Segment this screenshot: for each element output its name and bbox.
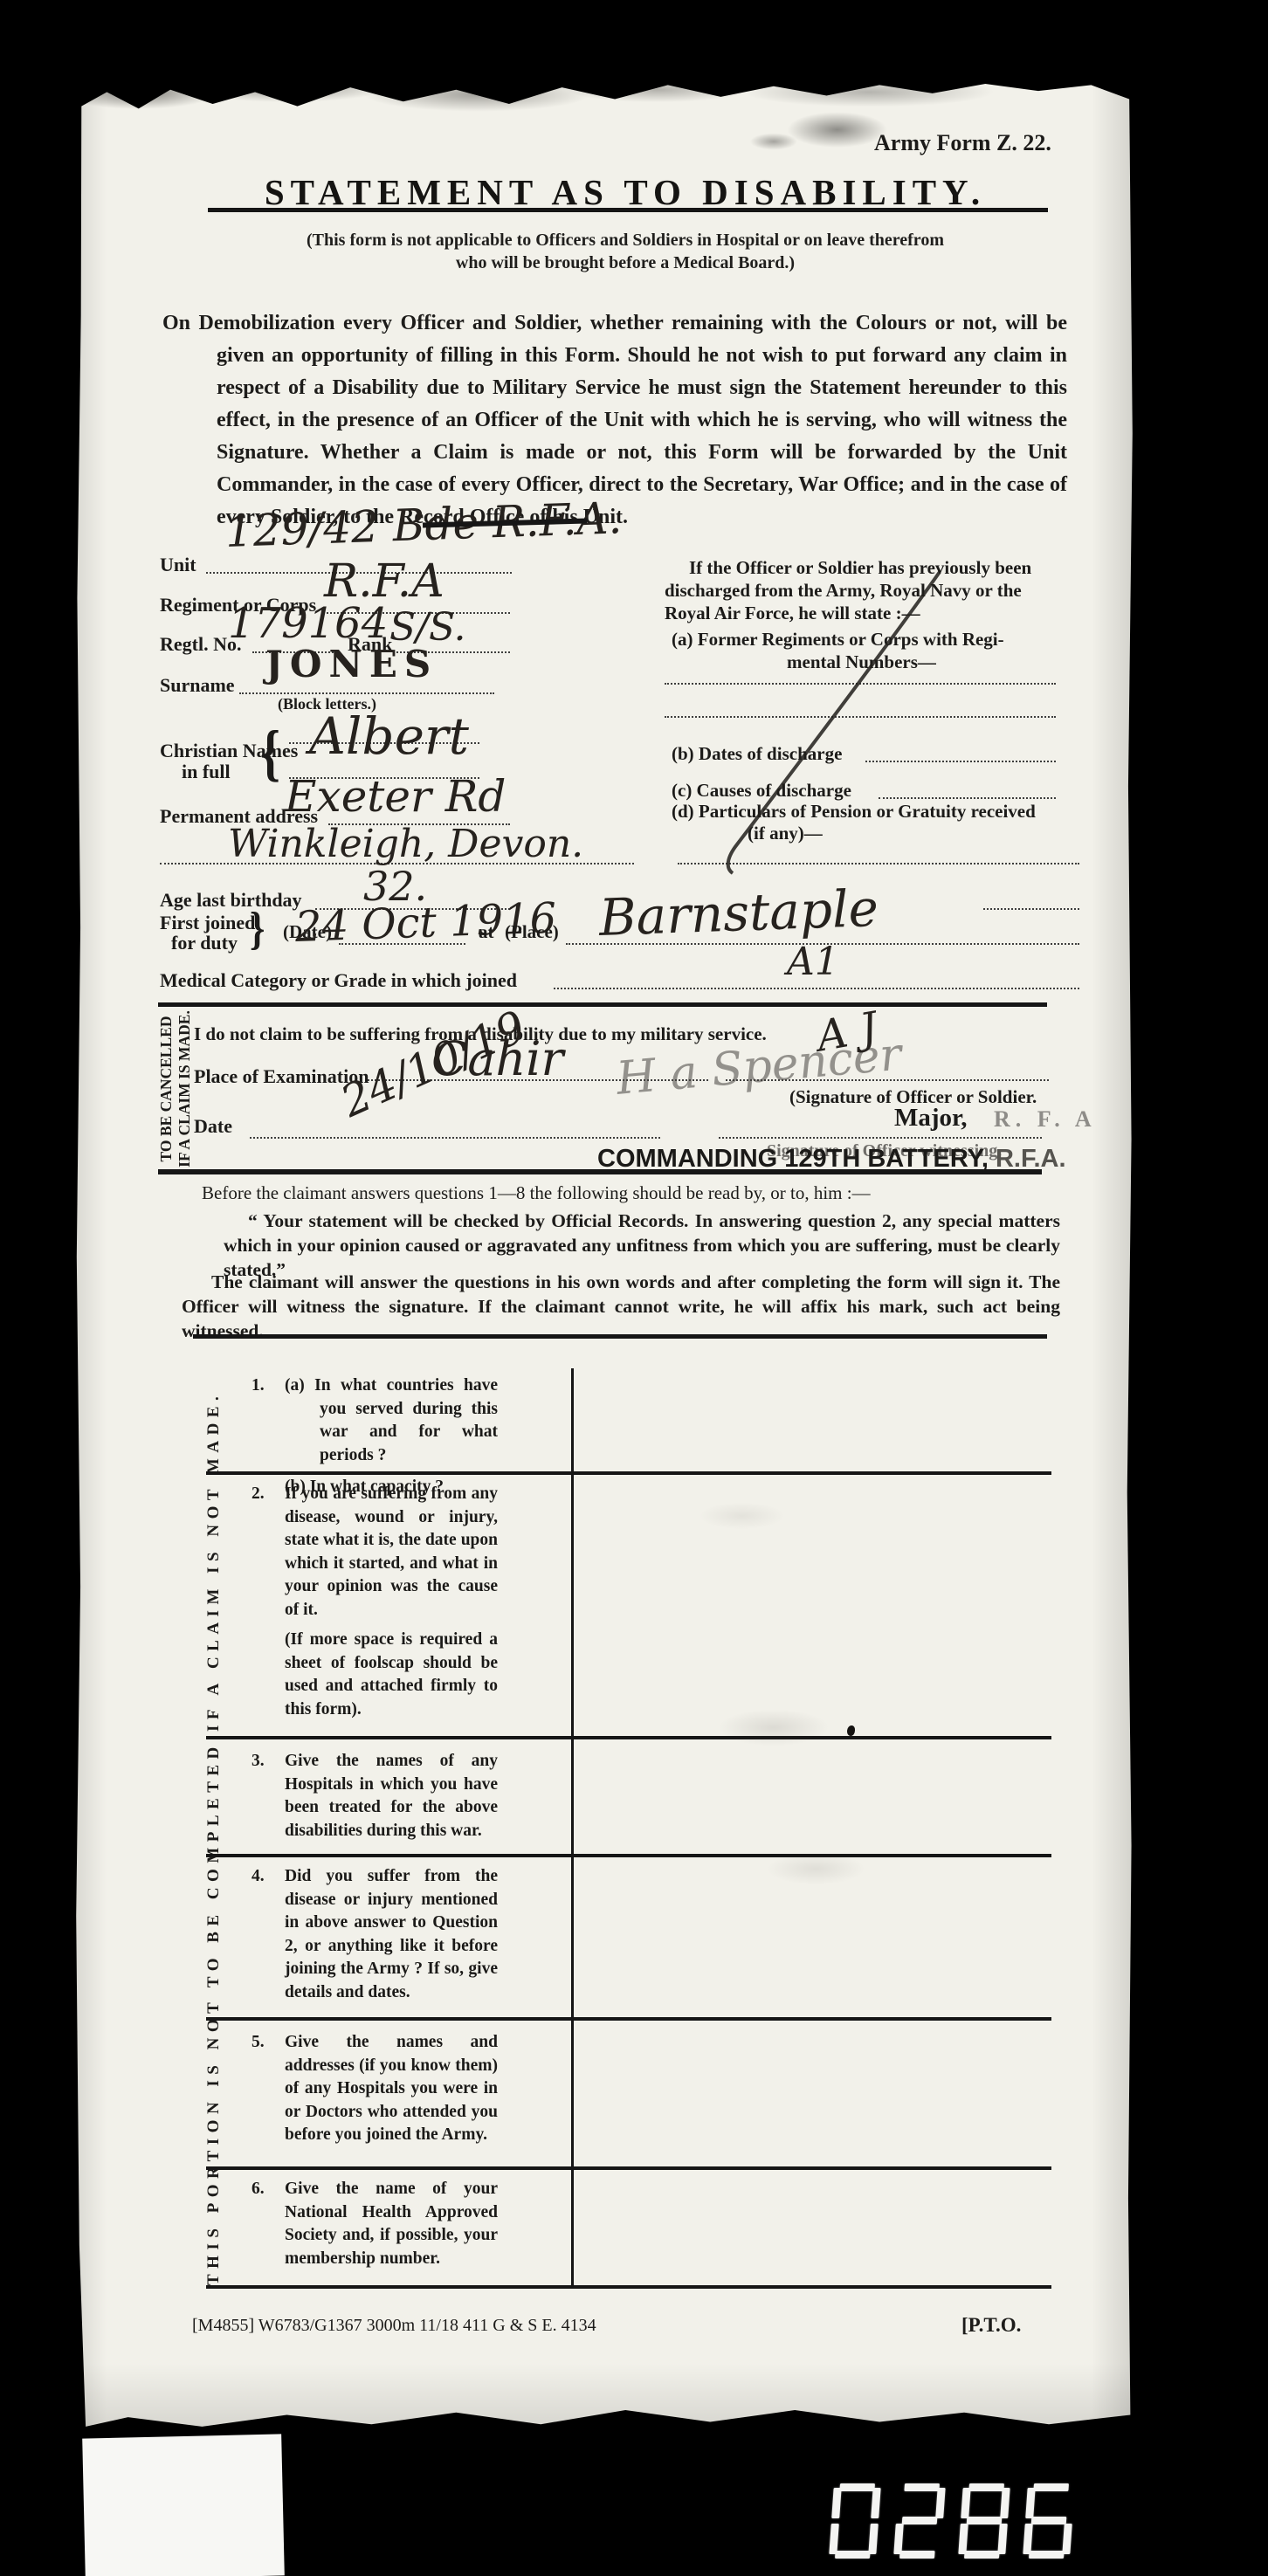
digit-segment [871, 2488, 880, 2518]
form-number: Army Form Z. 22. [874, 130, 1051, 156]
digit-segment [1029, 2551, 1065, 2559]
counter-digit [958, 2483, 1010, 2559]
at-label: at [479, 921, 494, 943]
table-top-rule [193, 1334, 1047, 1339]
digit-segment [868, 2524, 878, 2554]
date-label: Date [194, 1115, 232, 1138]
dotted-line [983, 908, 1079, 910]
side-note-line1: TO BE CANCELLED [157, 1008, 176, 1170]
medical-category-label: Medical Category or Grade in which joine… [160, 969, 517, 992]
surname-label: Surname [160, 674, 235, 697]
first-joined-label2: for duty [171, 932, 238, 954]
answer-column-divider [571, 1368, 574, 2285]
digit-segment [958, 2524, 968, 2554]
question-6-text: Give the name of your National Health Ap… [285, 2178, 498, 2270]
question-6: 6. Give the name of your National Health… [285, 2178, 498, 2270]
table-side-note: THIS PORTION IS NOT TO BE COMPLETED IF A… [204, 1371, 224, 2285]
brace-glyph: } [250, 902, 265, 955]
digit-segment [1031, 2517, 1067, 2524]
christian-names-label2: in full [182, 761, 231, 783]
question-1a: (a) In what countries have you served du… [285, 1374, 498, 1467]
subtitle-line2: who will be brought before a Medical Boa… [145, 253, 1106, 273]
side-note-line2: IF A CLAIM IS MADE. [176, 1008, 194, 1170]
question-2: 2. If you are suffering from any disease… [285, 1483, 498, 1721]
digit-segment [997, 2524, 1007, 2554]
battery-stamp-faint: R.F.A. [989, 1145, 1066, 1173]
question-3-text: Give the names of any Hospitals in which… [285, 1750, 498, 1842]
digit-segment [839, 2483, 875, 2491]
digit-segment [961, 2488, 970, 2518]
digit-segment [967, 2517, 1003, 2524]
read-instruction-line: Before the claimant answers questions 1—… [202, 1182, 871, 1204]
digit-segment [902, 2517, 938, 2524]
question-5: 5. Give the names and addresses (if you … [285, 2031, 498, 2147]
digit-segment [964, 2551, 1000, 2559]
row-divider [206, 1854, 1051, 1857]
surname-value-handwriting: JONES [265, 646, 438, 683]
address-value1-handwriting: Exeter Rd [285, 775, 506, 818]
question-number: 1. [252, 1374, 265, 1398]
ink-blot [847, 1725, 855, 1736]
question-5-text: Give the names and addresses (if you kno… [285, 2031, 498, 2147]
title-underline [208, 208, 1048, 212]
digit-segment [1023, 2524, 1032, 2554]
christian-value-handwriting: Albert [309, 711, 469, 761]
rank-stamp: Major, [894, 1104, 968, 1133]
digit-segment [835, 2551, 871, 2559]
digit-segment [893, 2524, 903, 2554]
digit-segment [829, 2524, 838, 2554]
digit-segment [1000, 2488, 1010, 2518]
question-number: 4. [252, 1865, 265, 1889]
claim-box-side-note: TO BE CANCELLED IF A CLAIM IS MADE. [157, 1008, 194, 1170]
rank-value-handwriting: S/S. [389, 609, 466, 647]
digit-segment [1025, 2488, 1035, 2518]
digit-segment [935, 2488, 945, 2518]
question-number: 5. [252, 2031, 265, 2055]
question-2-text: If you are suffering from any disease, w… [285, 1483, 498, 1622]
medical-value-handwriting: A1 [787, 943, 839, 981]
row-divider [206, 2166, 1051, 2170]
print-code: [M4855] W6783/G1367 3000m 11/18 411 G & … [192, 2316, 596, 2336]
question-4-text: Did you suffer from the disease or injur… [285, 1865, 498, 2004]
pen-slash-mark [702, 556, 964, 888]
address-value2-handwriting: Winkleigh, Devon. [228, 825, 583, 864]
dotted-line [554, 988, 1079, 989]
question-3: 3. Give the names of any Hospitals in wh… [285, 1750, 498, 1842]
battery-stamp: COMMANDING 129TH BATTERY, R.F.A. [597, 1145, 1066, 1174]
claimant-answer-note: The claimant will answer the questions i… [182, 1270, 1060, 1343]
white-card [82, 2434, 285, 2576]
signature-flourish-handwriting: A J [814, 1006, 880, 1057]
regiment-value-handwriting: R.F.A [324, 559, 444, 604]
question-1: 1. (a) In what countries have you served… [285, 1374, 498, 1499]
claim-box-top-rule [158, 1002, 1047, 1007]
counter-digit [893, 2483, 946, 2559]
digit-segment [904, 2483, 940, 2491]
page-title: STATEMENT AS TO DISABILITY. [189, 171, 1062, 213]
scanned-form-page: Army Form Z. 22. STATEMENT AS TO DISABIL… [75, 80, 1134, 2434]
joined-place-handwriting: Barnstaple [598, 883, 879, 943]
row-divider [206, 2017, 1051, 2021]
dotted-line [719, 1137, 1042, 1139]
digit-segment [968, 2483, 1004, 2491]
subtitle-line1: (This form is not applicable to Officers… [145, 231, 1106, 251]
question-2-note: (If more space is required a sheet of fo… [285, 1629, 498, 1721]
question-4: 4. Did you suffer from the disease or in… [285, 1865, 498, 2004]
age-label: Age last birthday [160, 889, 302, 912]
digit-segment [1033, 2483, 1069, 2491]
place-label: (Place) [505, 921, 559, 943]
counter-digit [829, 2483, 881, 2559]
frame-counter [829, 2483, 1075, 2559]
digit-segment [899, 2551, 935, 2559]
digit-segment [831, 2488, 841, 2518]
battery-stamp-main: COMMANDING 129TH BATTERY, [597, 1145, 989, 1173]
question-number: 6. [252, 2178, 265, 2201]
counter-digit [1023, 2483, 1075, 2559]
dotted-line [239, 692, 494, 694]
row-divider [206, 2285, 1051, 2289]
digit-segment [1062, 2524, 1072, 2554]
dotted-line [250, 1137, 660, 1139]
question-number: 2. [252, 1483, 265, 1506]
brace-glyph: { [260, 716, 280, 789]
row-divider [206, 1736, 1051, 1739]
pto-note: [P.T.O. [961, 2314, 1021, 2337]
rank-stamp-faint: R. F. A [994, 1106, 1097, 1133]
unit-label: Unit [160, 554, 196, 576]
question-number: 3. [252, 1750, 265, 1774]
table-side-note-text: THIS PORTION IS NOT TO BE COMPLETED IF A… [204, 1371, 224, 2285]
